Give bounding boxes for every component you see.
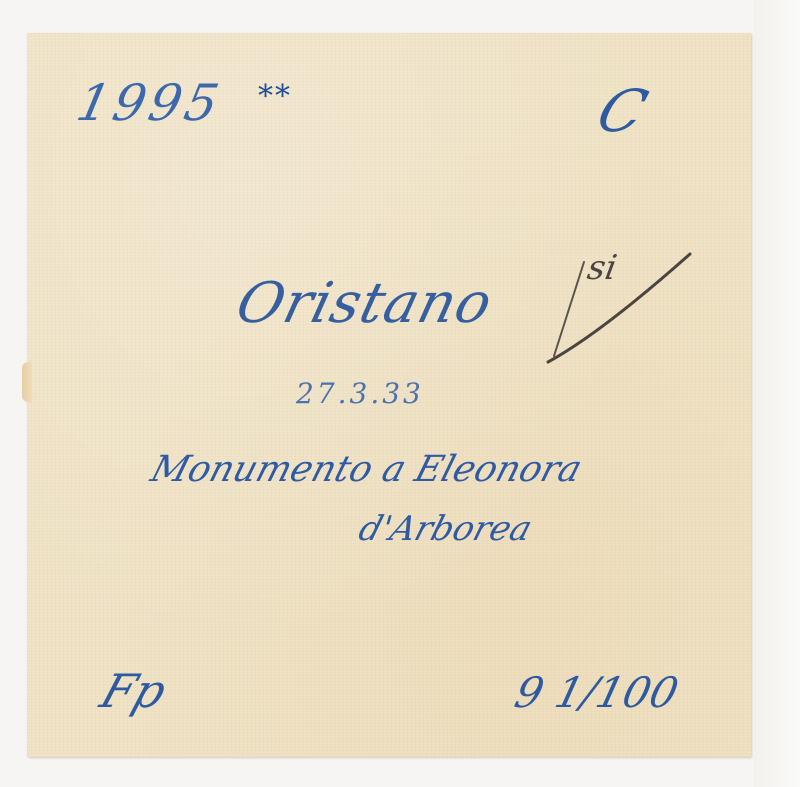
value-note: 9 1/100 — [511, 672, 683, 714]
checkmark-icon — [540, 240, 700, 370]
subject-line-1: Monumento a Eleonora — [147, 452, 586, 488]
year-note: 1995 — [73, 78, 227, 128]
date-note: 27.3.33 — [296, 380, 424, 408]
photo-backdrop — [754, 0, 800, 787]
subject-line-2: d'Arborea — [355, 512, 536, 546]
stars-note: ** — [258, 82, 292, 112]
card-edge-tear — [22, 362, 32, 402]
place-name: Oristano — [231, 276, 498, 332]
